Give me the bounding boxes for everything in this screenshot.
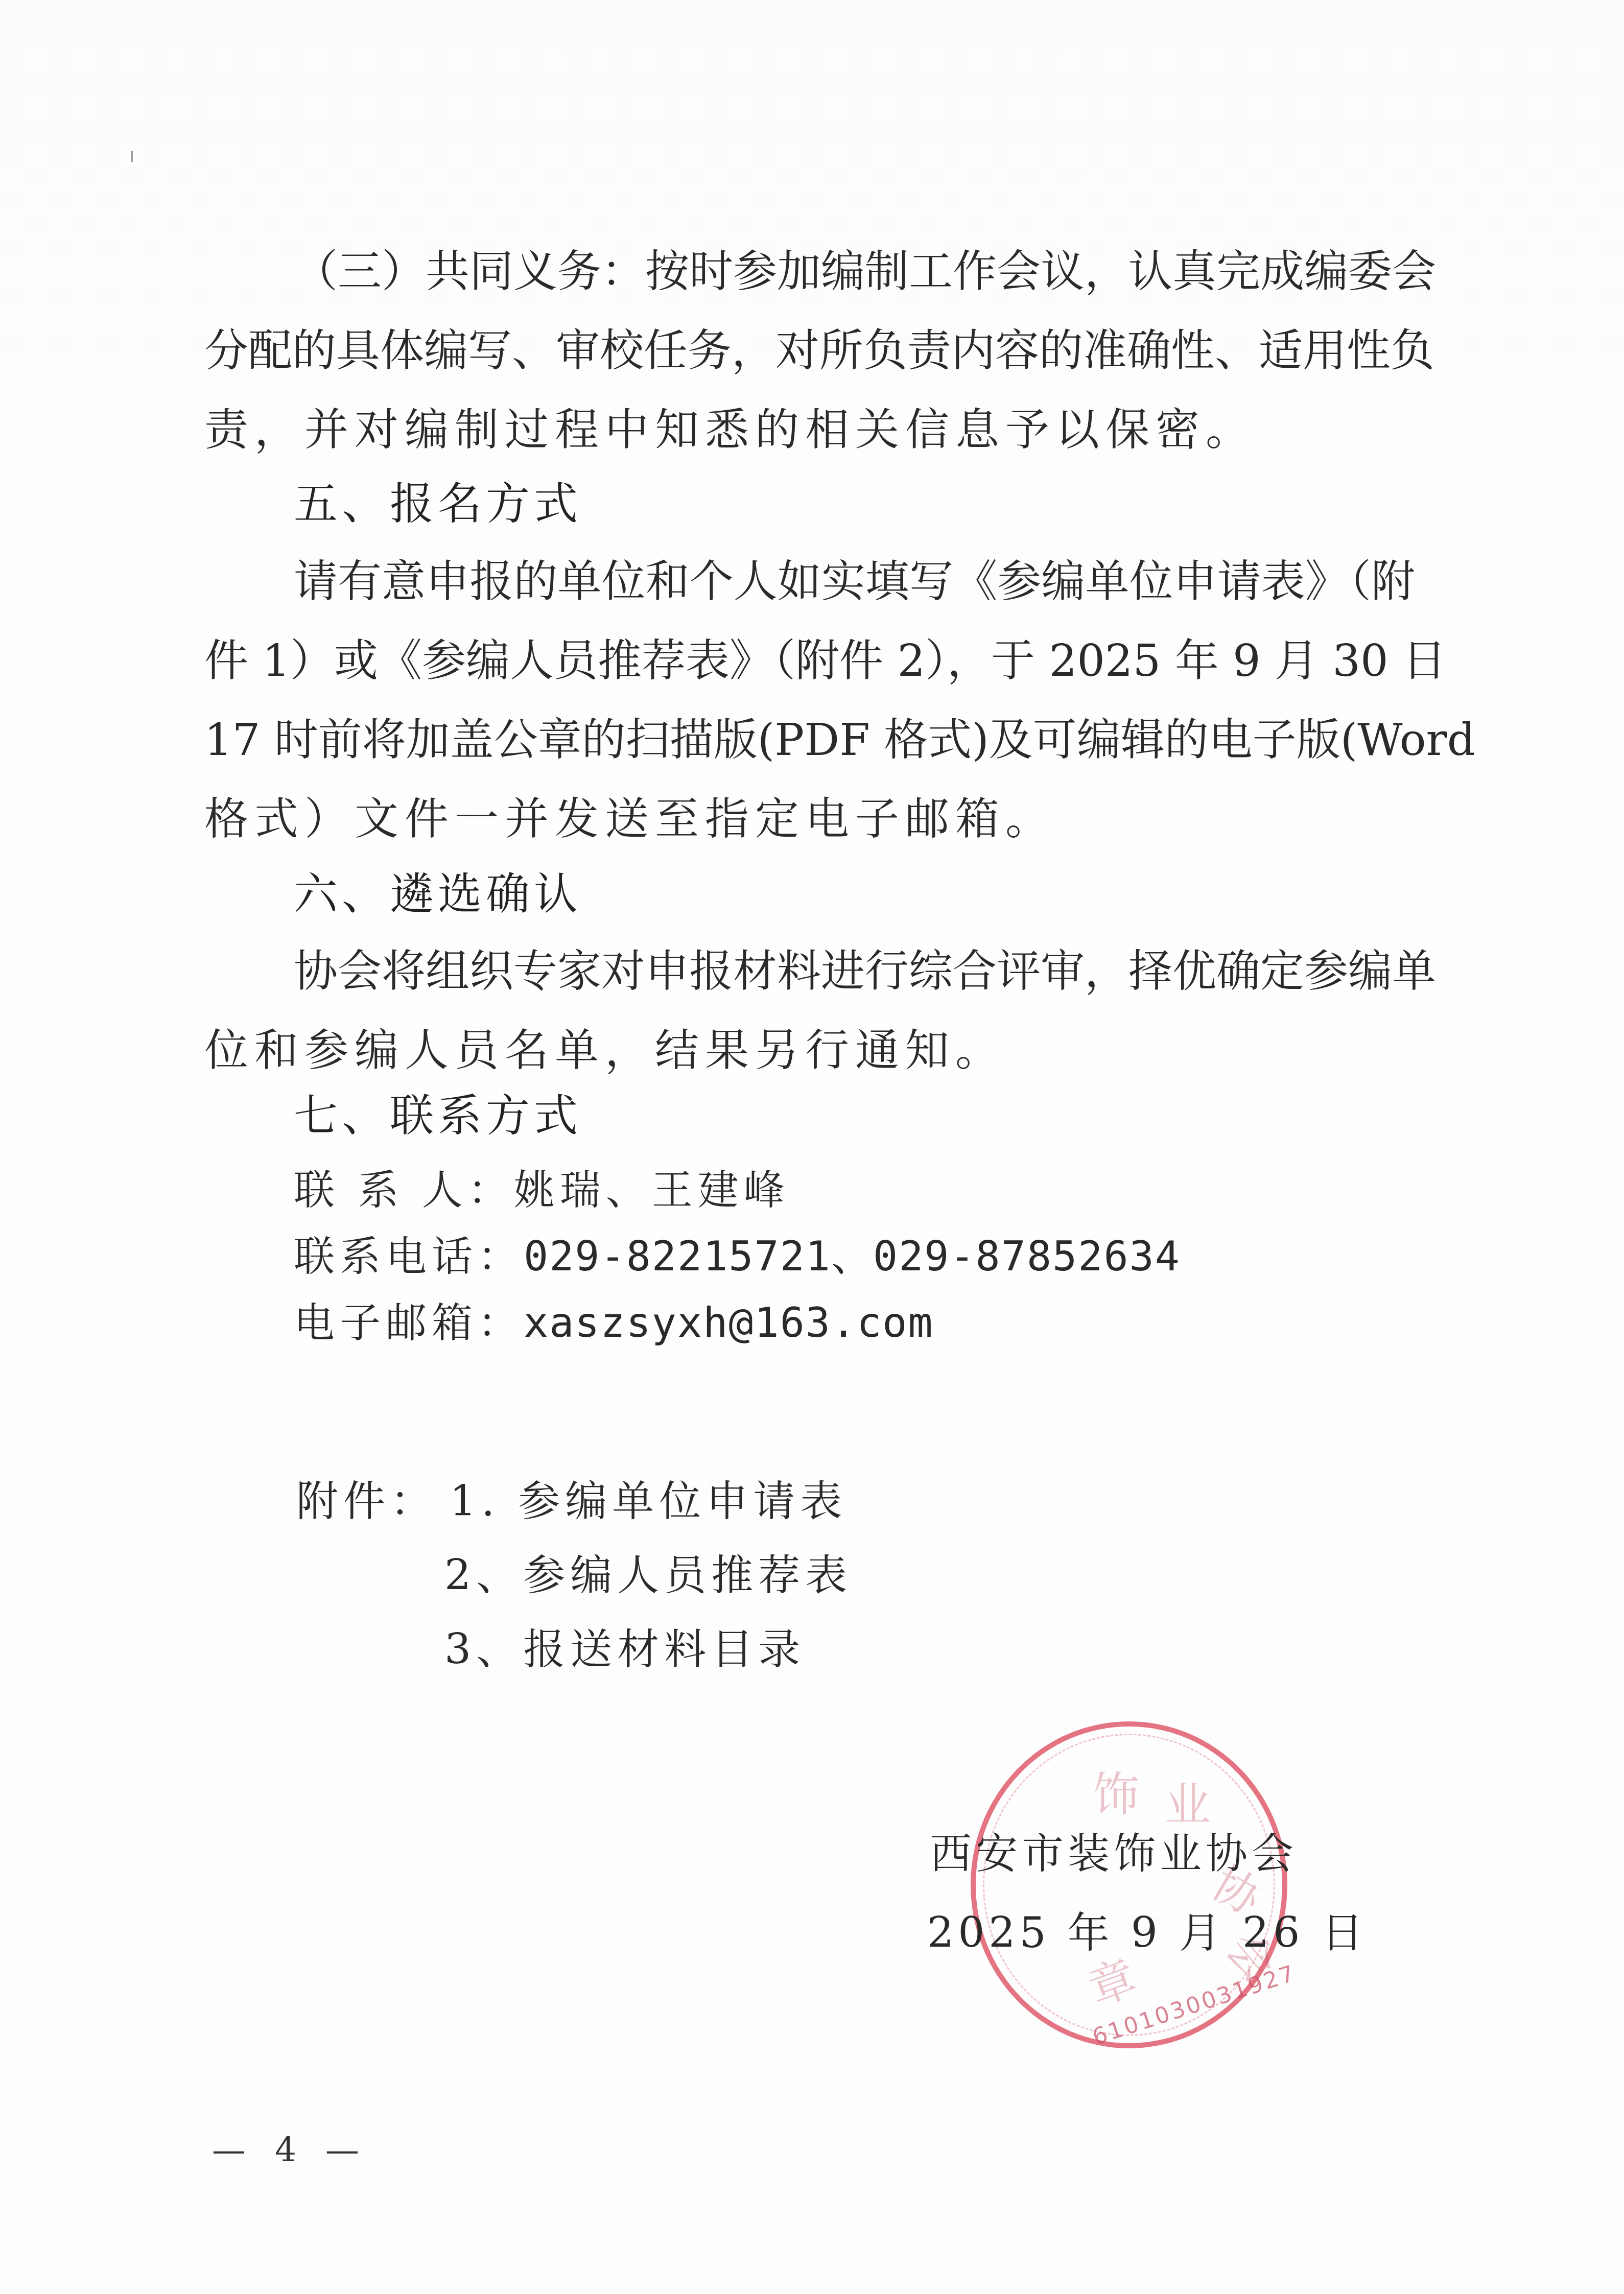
signing-date: 2025 年 9 月 26 日: [927, 1908, 1368, 1959]
scan-artifact: [131, 151, 133, 162]
contact-email-row: 电子邮箱：xaszsyxh@163.com: [294, 1297, 934, 1349]
registration-line-3: 17 时前将加盖公章的扫描版(PDF 格式)及可编辑的电子版(Word: [204, 715, 1415, 766]
selection-line-2: 位和参编人员名单，结果另行通知。: [204, 1025, 1005, 1076]
attachment-item-2: 2、参编人员推荐表: [444, 1550, 852, 1601]
stamp-char: 饰: [1093, 1757, 1139, 1824]
section-heading-selection: 六、遴选确认: [294, 869, 582, 920]
attachment-item-3: 3、报送材料目录: [444, 1624, 805, 1675]
selection-line-1: 协会将组织专家对申报材料进行综合评审，择优确定参编单: [294, 946, 1415, 997]
obligations-line-3: 责，并对编制过程中知悉的相关信息予以保密。: [204, 405, 1256, 456]
registration-line-1: 请有意申报的单位和个人如实填写《参编单位申请表》（附: [294, 556, 1415, 607]
official-seal-stamp: 饰 业 协 会 章 6101030031927: [971, 1721, 1287, 2048]
stamp-char: 业: [1165, 1767, 1211, 1834]
section-heading-registration: 五、报名方式: [294, 479, 582, 530]
contact-phone-row: 联系电话：029-82215721、029-87852634: [294, 1231, 1181, 1282]
contact-person-value: 姚瑞、王建峰: [514, 1166, 790, 1214]
contact-phone-value: 029-82215721、029-87852634: [524, 1233, 1181, 1280]
registration-line-2: 件 1）或《参编人员推荐表》（附件 2），于 2025 年 9 月 30 日: [204, 635, 1415, 687]
page-number: — 4 —: [212, 2130, 368, 2169]
registration-line-4: 格式）文件一并发送至指定电子邮箱。: [204, 794, 1055, 845]
contact-email-value[interactable]: xaszsyxh@163.com: [524, 1299, 934, 1346]
attachment-item-1: 1. 参编单位申请表: [450, 1476, 847, 1527]
contact-person-label: 联 系 人：: [294, 1166, 514, 1214]
section-heading-contact: 七、联系方式: [294, 1091, 582, 1142]
contact-person-row: 联 系 人：姚瑞、王建峰: [294, 1165, 790, 1216]
contact-email-label: 电子邮箱：: [294, 1299, 524, 1346]
attachments-label: 附件：: [296, 1476, 437, 1527]
obligations-line-2: 分配的具体编写、审校任务，对所负责内容的准确性、适用性负: [204, 325, 1415, 376]
obligations-line-1: （三）共同义务：按时参加编制工作会议，认真完成编委会: [294, 246, 1415, 297]
contact-phone-label: 联系电话：: [294, 1233, 524, 1280]
signing-organization: 西安市装饰业协会: [930, 1829, 1298, 1880]
document-page: （三）共同义务：按时参加编制工作会议，认真完成编委会 分配的具体编写、审校任务，…: [0, 0, 1624, 2294]
